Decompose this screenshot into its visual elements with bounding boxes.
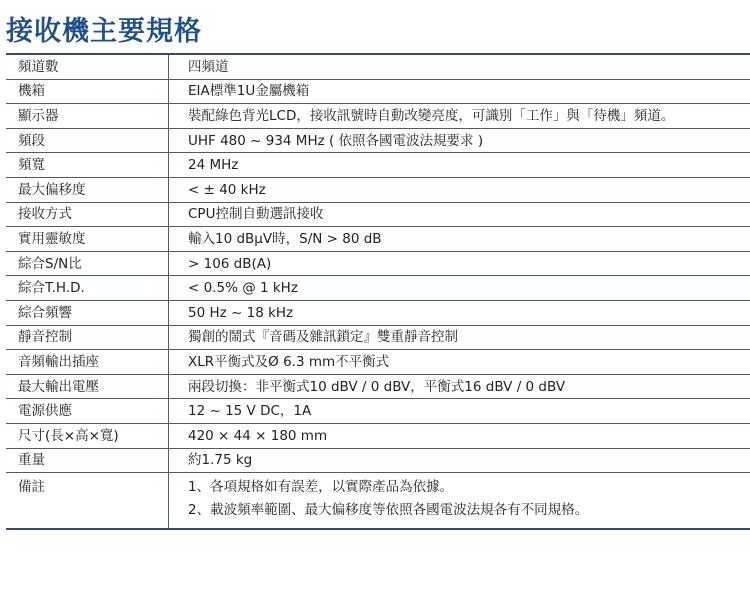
spec-label: 尺寸(長×高×寬) <box>6 423 169 448</box>
spec-value: 24 MHz <box>169 153 750 178</box>
spec-label: 實用靈敏度 <box>6 227 169 252</box>
table-row: 最大輸出電壓兩段切換：非平衡式10 dBV / 0 dBV，平衡式16 dBV … <box>6 374 750 399</box>
table-row: 音頻輸出插座XLR平衡式及Ø 6.3 mm不平衡式 <box>6 350 750 375</box>
table-row: 實用靈敏度輸入10 dBμV時，S/N > 80 dB <box>6 227 750 252</box>
notes-row: 備註 1、各項規格如有誤差，以實際產品為依據。 2、載波頻率範圍、最大偏移度等依… <box>6 473 750 530</box>
table-row: 機箱EIA標準1U金屬機箱 <box>6 79 750 104</box>
spec-label: 頻段 <box>6 128 169 153</box>
table-row: 最大偏移度< ± 40 kHz <box>6 177 750 202</box>
spec-label: 靜音控制 <box>6 325 169 350</box>
spec-label: 音頻輸出插座 <box>6 350 169 375</box>
spec-label: 頻寬 <box>6 153 169 178</box>
table-row: 接收方式CPU控制自動選訊接收 <box>6 202 750 227</box>
spec-value: CPU控制自動選訊接收 <box>169 202 750 227</box>
table-row: 尺寸(長×高×寬)420 × 44 × 180 mm <box>6 423 750 448</box>
spec-value: UHF 480 ~ 934 MHz ( 依照各國電波法規要求 ) <box>169 128 750 153</box>
spec-label: 電源供應 <box>6 399 169 424</box>
table-row: 綜合頻響50 Hz ~ 18 kHz <box>6 300 750 325</box>
table-row: 頻寬24 MHz <box>6 153 750 178</box>
spec-label: 綜合S/N比 <box>6 251 169 276</box>
spec-label: 綜合T.H.D. <box>6 276 169 301</box>
notes-value: 1、各項規格如有誤差，以實際產品為依據。 2、載波頻率範圍、最大偏移度等依照各國… <box>169 473 750 530</box>
spec-value: 約1.75 kg <box>169 448 750 473</box>
spec-label: 顯示器 <box>6 104 169 129</box>
spec-value: > 106 dB(A) <box>169 251 750 276</box>
spec-value: 四頻道 <box>169 54 750 79</box>
table-row: 重量約1.75 kg <box>6 448 750 473</box>
spec-label: 綜合頻響 <box>6 300 169 325</box>
spec-value: 輸入10 dBμV時，S/N > 80 dB <box>169 227 750 252</box>
table-row: 綜合S/N比> 106 dB(A) <box>6 251 750 276</box>
page-title: 接收機主要規格 <box>6 14 202 50</box>
spec-label: 接收方式 <box>6 202 169 227</box>
spec-label: 最大輸出電壓 <box>6 374 169 399</box>
spec-value: 50 Hz ~ 18 kHz <box>169 300 750 325</box>
spec-value: 兩段切換：非平衡式10 dBV / 0 dBV，平衡式16 dBV / 0 dB… <box>169 374 750 399</box>
note-line-1: 1、各項規格如有誤差，以實際產品為依據。 <box>188 476 750 499</box>
spec-label: 頻道數 <box>6 54 169 79</box>
spec-value: 420 × 44 × 180 mm <box>169 423 750 448</box>
spec-label: 重量 <box>6 448 169 473</box>
spec-value: 獨創的鬧式『音碼及雜訊鎖定』雙重靜音控制 <box>169 325 750 350</box>
notes-label: 備註 <box>6 473 169 530</box>
spec-value: 12 ~ 15 V DC，1A <box>169 399 750 424</box>
table-row: 顯示器裝配綠色背光LCD，接收訊號時自動改變亮度，可識別「工作」與「待機」頻道。 <box>6 104 750 129</box>
spec-value: < 0.5% @ 1 kHz <box>169 276 750 301</box>
note-line-2: 2、載波頻率範圍、最大偏移度等依照各國電波法規各有不同規格。 <box>188 499 750 522</box>
spec-value: XLR平衡式及Ø 6.3 mm不平衡式 <box>169 350 750 375</box>
spec-value: EIA標準1U金屬機箱 <box>169 79 750 104</box>
spec-table: 頻道數四頻道 機箱EIA標準1U金屬機箱 顯示器裝配綠色背光LCD，接收訊號時自… <box>6 53 750 530</box>
spec-value: < ± 40 kHz <box>169 177 750 202</box>
spec-label: 最大偏移度 <box>6 177 169 202</box>
table-row: 電源供應12 ~ 15 V DC，1A <box>6 399 750 424</box>
table-row: 靜音控制獨創的鬧式『音碼及雜訊鎖定』雙重靜音控制 <box>6 325 750 350</box>
table-row: 頻道數四頻道 <box>6 54 750 79</box>
table-row: 頻段UHF 480 ~ 934 MHz ( 依照各國電波法規要求 ) <box>6 128 750 153</box>
spec-value: 裝配綠色背光LCD，接收訊號時自動改變亮度，可識別「工作」與「待機」頻道。 <box>169 104 750 129</box>
table-row: 綜合T.H.D.< 0.5% @ 1 kHz <box>6 276 750 301</box>
spec-label: 機箱 <box>6 79 169 104</box>
